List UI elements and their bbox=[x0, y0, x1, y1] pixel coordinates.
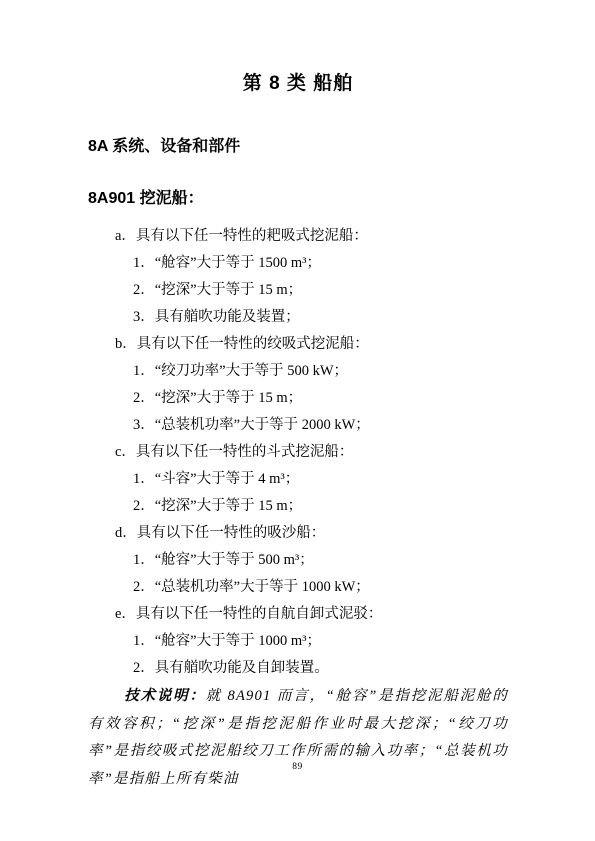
list-item: 1．“舱容”大于等于 500 m³； bbox=[88, 547, 508, 574]
list-item: 2．“挖深”大于等于 15 m； bbox=[88, 385, 508, 412]
list-item: d．具有以下任一特性的吸沙船： bbox=[88, 520, 508, 547]
list-item: 2．“总装机功率”大于等于 1000 kW； bbox=[88, 574, 508, 601]
list-item: a．具有以下任一特性的耙吸式挖泥船： bbox=[88, 223, 508, 250]
criteria-list: a．具有以下任一特性的耙吸式挖泥船：1．“舱容”大于等于 1500 m³；2．“… bbox=[88, 223, 508, 682]
document-page: 第 8 类 船舶 8A 系统、设备和部件 8A901 挖泥船： a．具有以下任一… bbox=[0, 0, 595, 841]
tech-note-label: 技术说明： bbox=[124, 688, 206, 704]
tech-note: 技术说明：就 8A901 而言，“舱容”是指挖泥船泥舱的有效容积；“挖深”是指挖… bbox=[88, 683, 508, 793]
list-item: 3．“总装机功率”大于等于 2000 kW； bbox=[88, 412, 508, 439]
list-item: 2．“挖深”大于等于 15 m； bbox=[88, 493, 508, 520]
list-item: 1．“斗容”大于等于 4 m³； bbox=[88, 466, 508, 493]
page-number: 89 bbox=[0, 762, 595, 772]
list-item: 2．“挖深”大于等于 15 m； bbox=[88, 277, 508, 304]
list-item: c．具有以下任一特性的斗式挖泥船： bbox=[88, 439, 508, 466]
document-title: 第 8 类 船舶 bbox=[88, 70, 508, 98]
list-item: 3．具有艏吹功能及装置； bbox=[88, 304, 508, 331]
entry-heading-8a901: 8A901 挖泥船： bbox=[88, 188, 508, 210]
list-item: 2．具有艏吹功能及自卸装置。 bbox=[88, 655, 508, 682]
list-item: e．具有以下任一特性的自航自卸式泥驳： bbox=[88, 601, 508, 628]
section-heading-8a: 8A 系统、设备和部件 bbox=[88, 136, 508, 158]
list-item: 1．“舱容”大于等于 1500 m³； bbox=[88, 250, 508, 277]
list-item: 1．“舱容”大于等于 1000 m³； bbox=[88, 628, 508, 655]
list-item: b．具有以下任一特性的绞吸式挖泥船： bbox=[88, 331, 508, 358]
list-item: 1．“绞刀功率”大于等于 500 kW； bbox=[88, 358, 508, 385]
